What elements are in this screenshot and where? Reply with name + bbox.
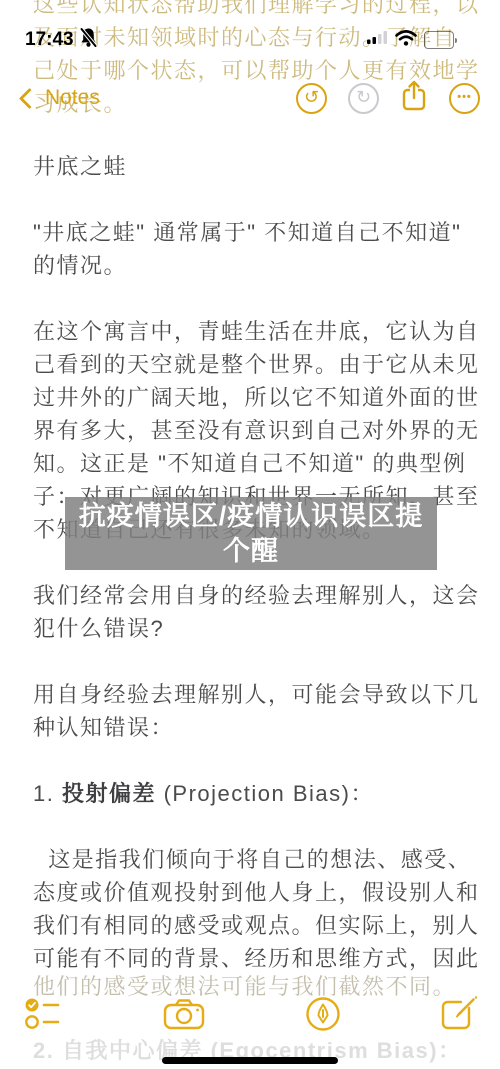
battery-icon xyxy=(424,31,457,49)
redo-button[interactable]: ↻ xyxy=(348,83,379,114)
home-indicator[interactable] xyxy=(162,1057,338,1064)
markup-pen-icon xyxy=(305,996,341,1035)
notifications-silenced-icon xyxy=(79,27,98,54)
bottom-toolbar xyxy=(0,992,500,1038)
redo-icon: ↻ xyxy=(356,88,371,106)
share-icon xyxy=(400,100,428,117)
compose-icon xyxy=(440,995,478,1035)
camera-icon xyxy=(163,998,205,1033)
undo-icon: ↺ xyxy=(304,88,319,106)
undo-button[interactable]: ↺ xyxy=(296,83,327,114)
note-paragraph-lead: 用自身经验去理解别人，可能会导致以下几种认知错误： xyxy=(33,678,485,744)
note-line-title: 井底之蛙 xyxy=(33,150,485,183)
chevron-left-icon xyxy=(19,87,40,108)
back-label: Notes xyxy=(45,86,100,110)
status-time: 17:43 xyxy=(25,27,98,54)
checklist-icon xyxy=(24,997,64,1033)
clock-text: 17:43 xyxy=(25,29,74,51)
more-options-button[interactable]: ••• xyxy=(449,83,480,114)
cellular-signal-icon xyxy=(367,31,388,49)
note-editor[interactable]: 井底之蛙 "井底之蛙" 通常属于" 不知道自己不知道" 的情况。 在这个寓言中，… xyxy=(33,150,485,990)
note-paragraph-item1-body: 这是指我们倾向于将自己的想法、感受、态度或价值观投射到他人身上，假设别人和我们有… xyxy=(33,843,485,975)
wifi-icon xyxy=(395,30,417,51)
note-paragraph-question: 我们经常会用自身的经验去理解别人，这会犯什么错误? xyxy=(33,579,485,645)
ellipsis-icon: ••• xyxy=(457,92,472,103)
note-paragraph-quote: "井底之蛙" 通常属于" 不知道自己不知道" 的情况。 xyxy=(33,216,485,282)
checklist-button[interactable] xyxy=(24,997,64,1033)
status-bar: 17:43 xyxy=(0,22,500,58)
back-to-notes-button[interactable]: Notes xyxy=(22,86,100,110)
watermark-text: 抗疫情误区/疫情认识误区提个醒 xyxy=(65,499,437,569)
ghost-text-top-1: 这些认知状态帮助我们理解学习的过程，以 xyxy=(33,0,480,21)
markup-button[interactable] xyxy=(305,996,341,1035)
camera-button[interactable] xyxy=(163,998,205,1033)
compose-note-button[interactable] xyxy=(440,995,478,1035)
note-list-item-1-heading: 1. 投射偏差 (Projection Bias)： xyxy=(33,777,485,810)
share-button[interactable] xyxy=(400,79,428,118)
nav-bar: Notes ↺ ↻ ••• xyxy=(0,78,500,118)
watermark-overlay: 抗疫情误区/疫情认识误区提个醒 xyxy=(65,497,437,570)
